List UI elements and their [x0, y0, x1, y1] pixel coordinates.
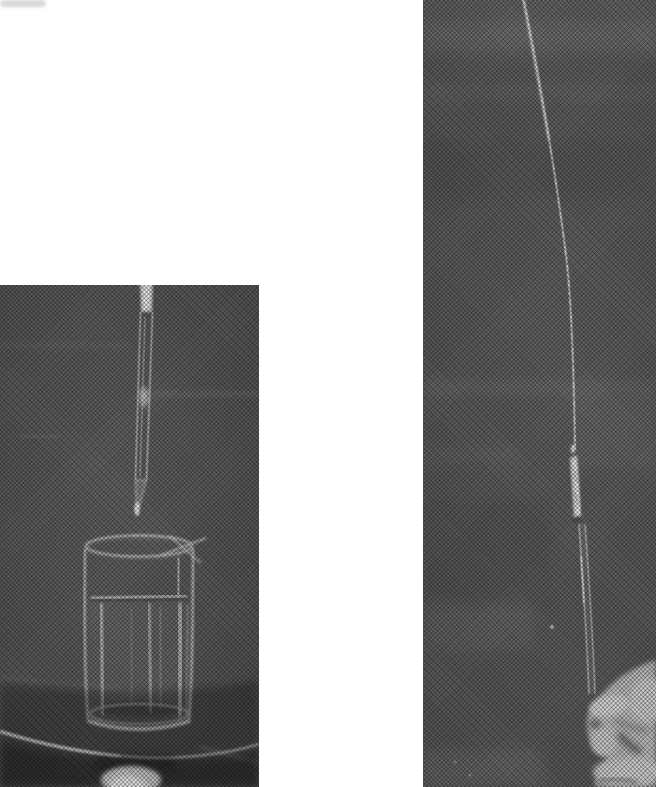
photo-left-artwork: [0, 285, 259, 787]
thumb-highlight: [591, 728, 617, 756]
background-scratch: [20, 435, 60, 438]
fibre-top-gleam: [523, 0, 549, 140]
dust-speck: [550, 625, 553, 628]
background-streak: [0, 343, 130, 348]
photo-dropper-over-beaker: [0, 285, 259, 787]
round-stand: [0, 678, 259, 787]
fibre-knot-highlight: [571, 445, 575, 454]
glass-dropper-tube: [134, 285, 153, 516]
photo-right-artwork: [423, 0, 656, 787]
background-band: [423, 22, 656, 52]
dropper-top-highlight: [143, 285, 150, 309]
background-streak: [152, 391, 259, 397]
fibre-junction-pinch: [574, 517, 580, 522]
scanned-book-page: [0, 0, 656, 787]
glass-reflection: [178, 557, 179, 596]
background-band: [423, 382, 656, 394]
dust-speck: [454, 761, 456, 763]
background-band-dark: [423, 140, 656, 200]
finger-thumb-gap-shadow: [589, 719, 601, 729]
background-patch: [573, 398, 656, 468]
photo-glass-fibre-in-hand: [423, 0, 656, 787]
dust-speck: [469, 774, 471, 776]
dropper-tip-highlight: [134, 502, 139, 516]
background-patch: [423, 600, 533, 650]
dropper-mid-gleam: [140, 387, 149, 407]
print-smudge: [0, 0, 46, 7]
hand: [587, 660, 656, 787]
water-surface: [91, 596, 187, 598]
background-band: [423, 448, 513, 462]
background-band-dark: [423, 500, 553, 610]
background-patch: [423, 750, 543, 787]
